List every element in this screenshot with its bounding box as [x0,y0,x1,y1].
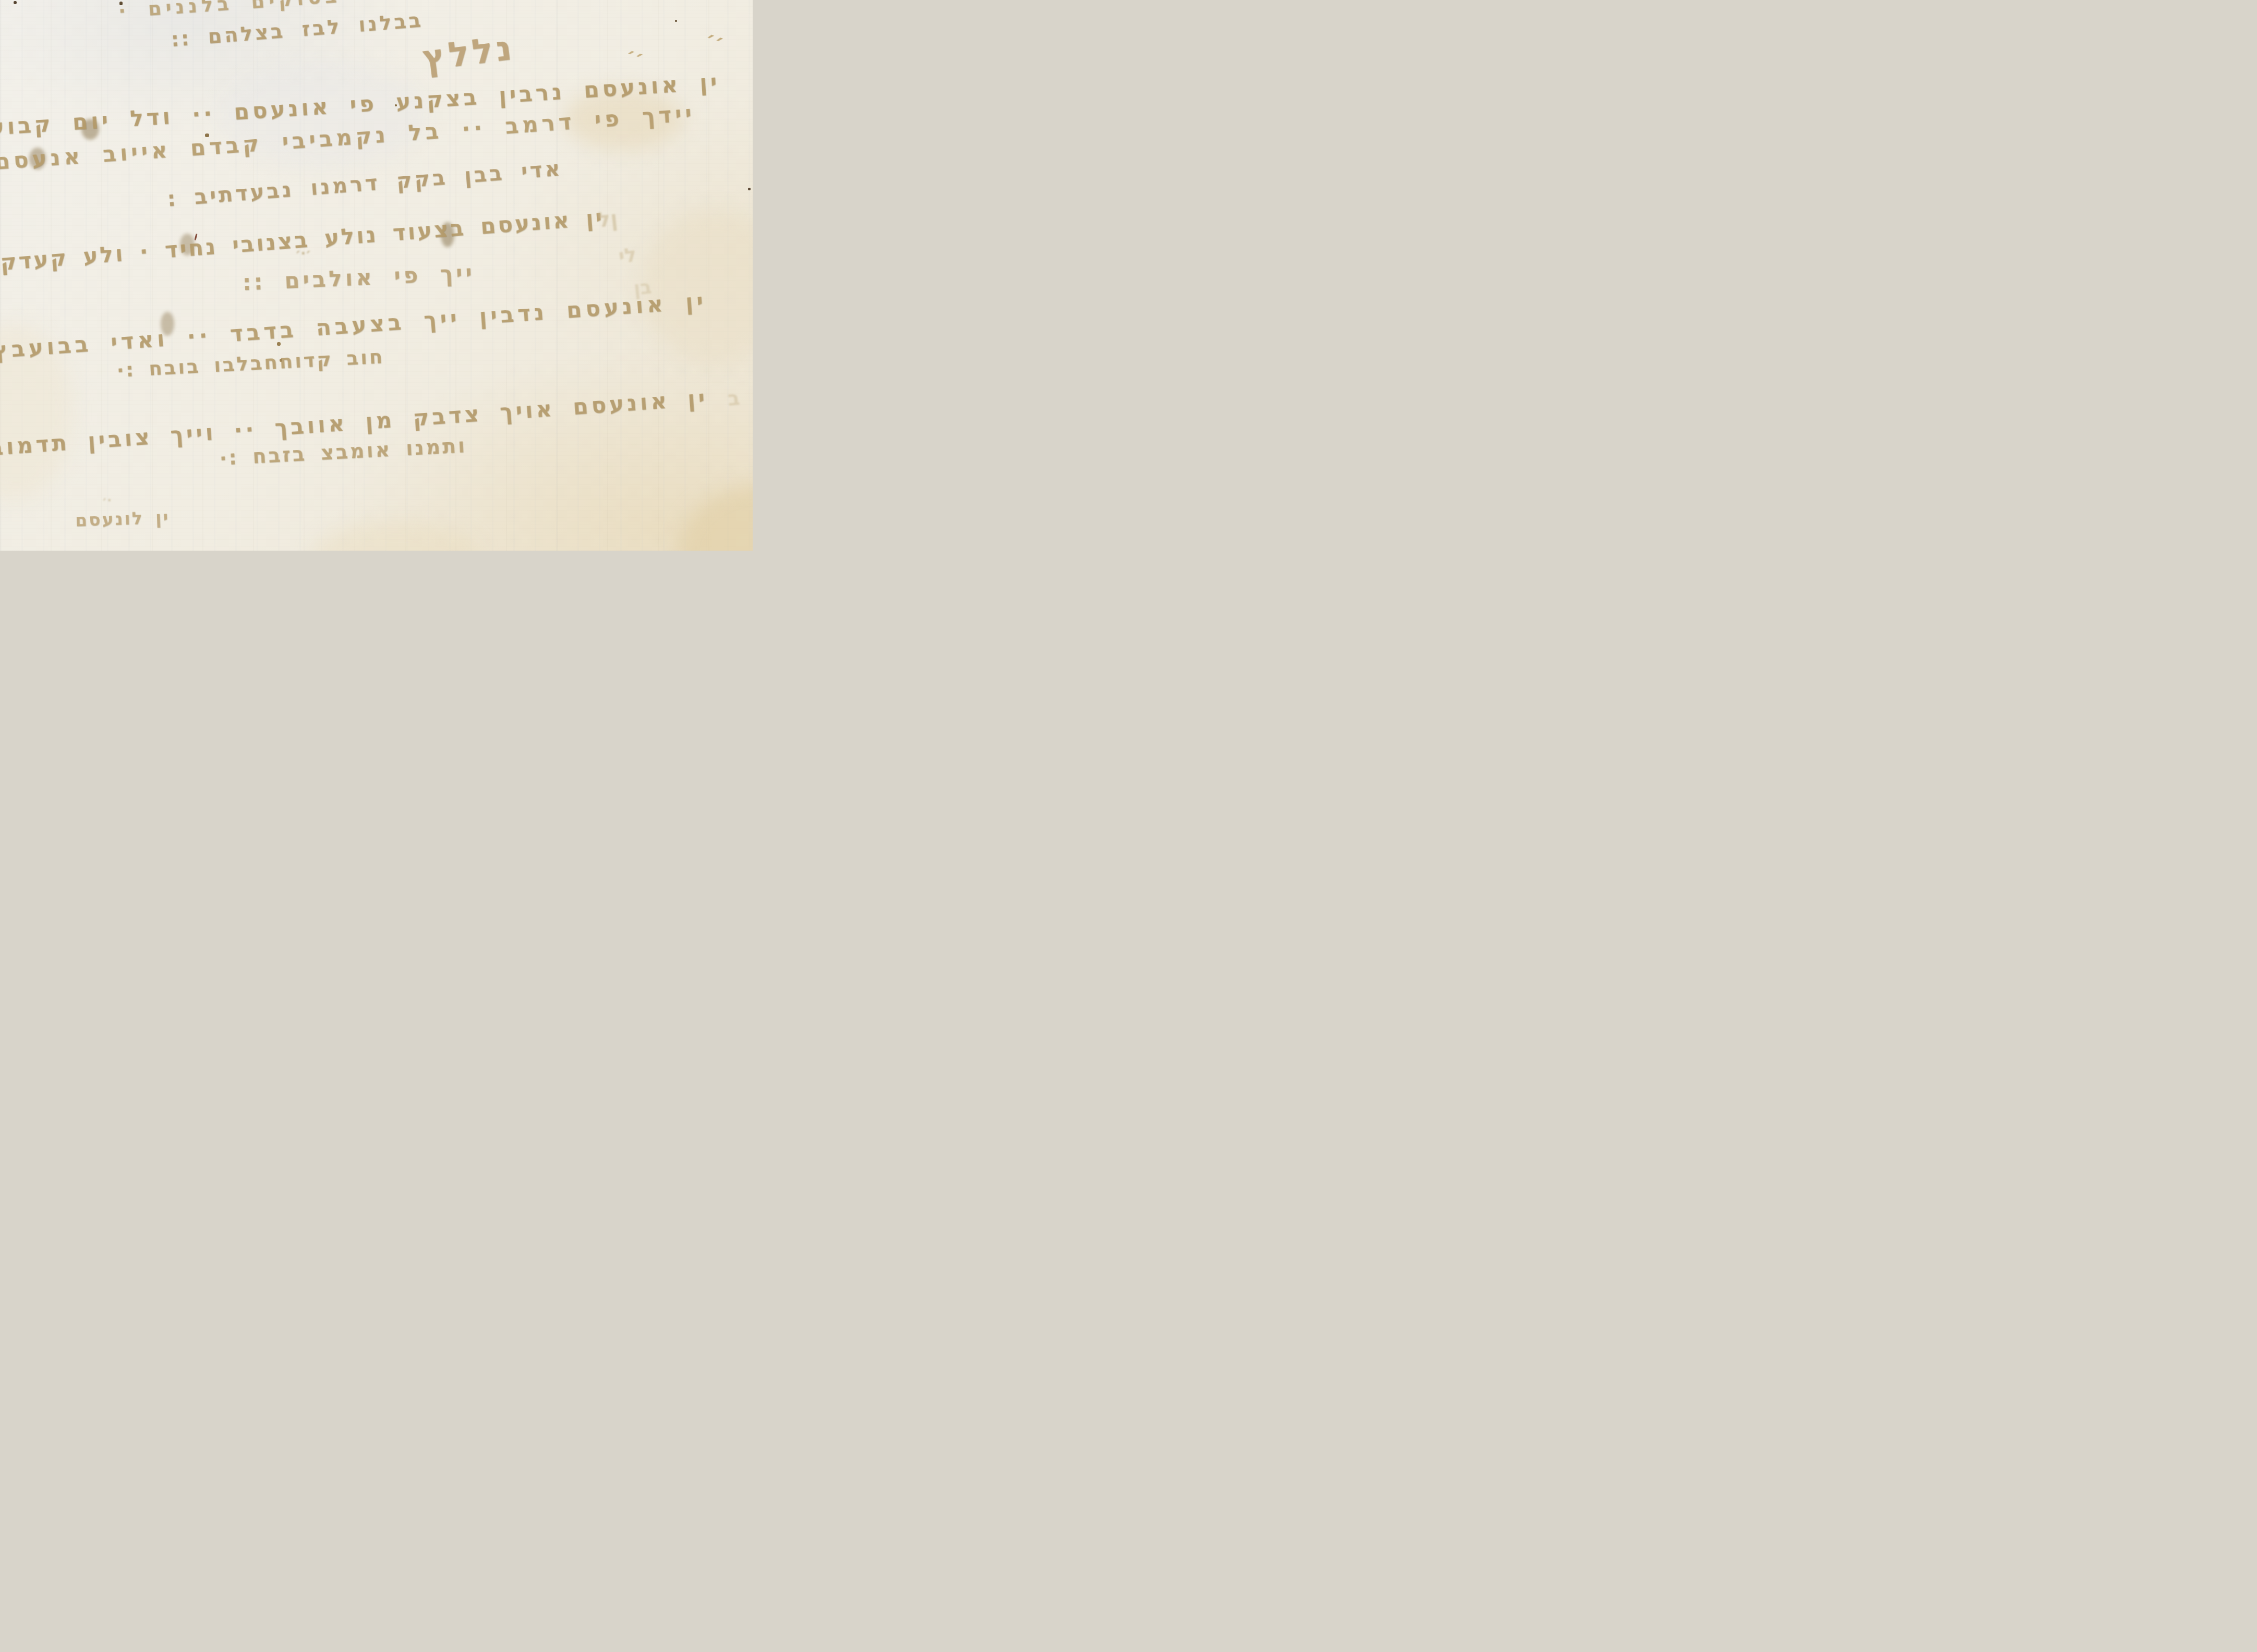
tiny-marks: ·׳ [101,494,113,508]
line-5: אדי בבן בקק דרמנו נבעדתיב ׃ [166,156,563,211]
bleedthrough-stroke: לי [617,243,638,268]
ink-speck [748,188,751,190]
ink-speck [14,1,17,4]
gershayim-mark: ׳׳ [702,27,727,55]
bleedthrough-stroke: ב [727,386,741,410]
paper-stain [642,209,753,365]
ink-speck [675,20,677,22]
bleedthrough-stroke: בן [633,276,653,299]
gershayim-mark: ׳׳ [623,43,647,70]
manuscript-page: בסוקים בלננים ·בבלנו לבז בצלהם ׃׃נללץין … [0,0,753,551]
heading-word: נללץ [420,27,516,78]
line-7: ייך פי אולבים ׃׃ [243,260,476,295]
paper-stain [678,485,753,551]
paper-stain [313,521,480,551]
line-6: ין אונעסם בצעוד נולע בצנובי נחיד · ולע ק… [0,204,605,277]
catchword: ין לונעסם [75,507,170,530]
tiny-marks: ׳·׳ [295,246,311,261]
bleedthrough-stroke: ןל [597,207,619,233]
